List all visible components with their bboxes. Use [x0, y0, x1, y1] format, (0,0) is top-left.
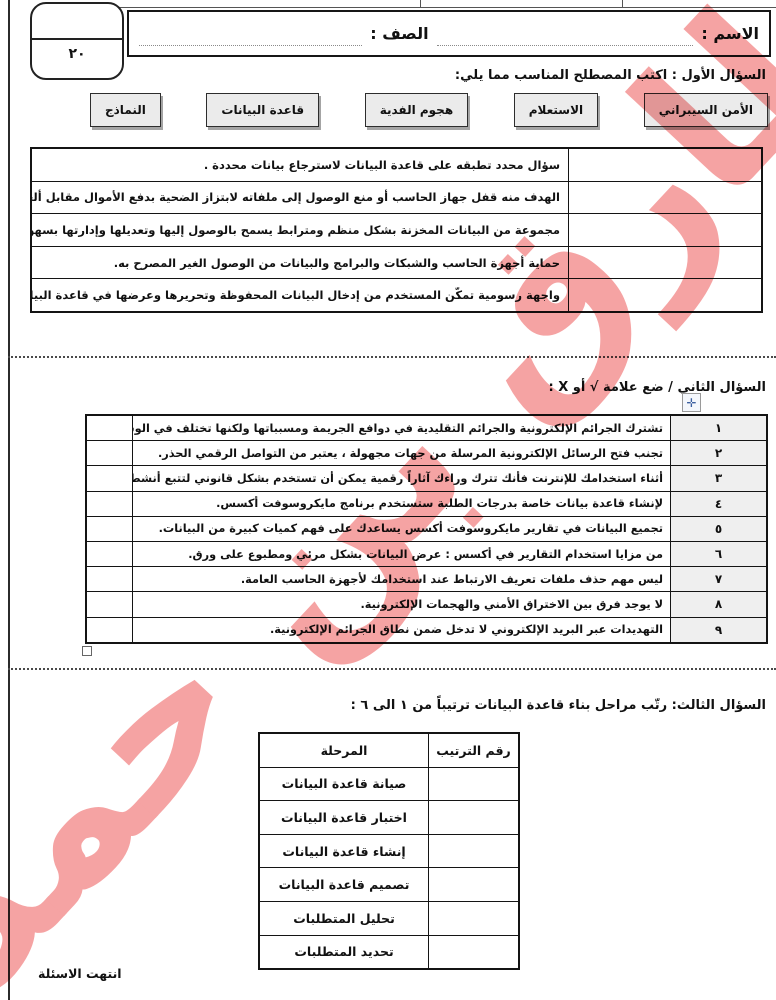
q1-title: السؤال الأول : اكتب المصطلح المناسب مما …: [455, 68, 766, 83]
q1-table: سؤال محدد تطبقه على قاعدة البيانات لاستر…: [30, 147, 763, 313]
q3-table: رقم الترتيب المرحلة صيانة قاعدة البيانات…: [258, 732, 520, 970]
term-box-query: الاستعلام: [514, 93, 598, 127]
term-box-ransomware: هجوم الفدية: [365, 93, 468, 127]
q2-statement: ليس مهم حذف ملفات تعريف الارتباط عند است…: [133, 567, 670, 591]
name-input-line[interactable]: [437, 31, 694, 46]
q3-order-cell[interactable]: [428, 801, 518, 834]
section-separator: [8, 356, 776, 358]
table-row: الهدف منه قفل جهاز الحاسب أو منع الوصول …: [32, 181, 761, 214]
table-row: ٨ لا يوجد فرق بين الاختراق الأمني والهجم…: [87, 591, 766, 616]
table-row: تحديد المتطلبات: [260, 935, 518, 969]
q2-title: السؤال الثاني / ضع علامة √ أو X :: [548, 380, 766, 395]
q1-statement: سؤال محدد تطبقه على قاعدة البيانات لاستر…: [32, 149, 568, 181]
q2-answer-cell[interactable]: [87, 542, 133, 566]
q2-answer-cell[interactable]: [87, 618, 133, 642]
q2-answer-cell[interactable]: [87, 416, 133, 440]
table-row: ٢ تجنب فتح الرسائل الإلكترونية المرسلة م…: [87, 440, 766, 465]
q3-order-cell[interactable]: [428, 835, 518, 868]
exam-worksheet-page: ٢٠ الاسم : الصف : السؤال الأول : اكتب ال…: [0, 0, 776, 1000]
q2-answer-cell[interactable]: [87, 517, 133, 541]
table-row: ٣ أثناء استخدامك للإنترنت فأنك تترك وراء…: [87, 465, 766, 490]
q1-statement: حماية أجهزة الحاسب والشبكات والبرامج وال…: [32, 247, 568, 279]
term-box-cybersecurity: الأمن السيبراني: [644, 93, 768, 127]
table-row: ٧ ليس مهم حذف ملفات تعريف الارتباط عند ا…: [87, 566, 766, 591]
q2-statement: من مزايا استخدام التقارير في أكسس : عرض …: [133, 542, 670, 566]
term-box-forms: النماذج: [90, 93, 161, 127]
q1-statement: الهدف منه قفل جهاز الحاسب أو منع الوصول …: [32, 182, 568, 214]
q3-stage-header: المرحلة: [260, 734, 428, 767]
grade-box-divider: [32, 38, 122, 40]
q2-row-number: ٦: [670, 542, 766, 566]
q3-stage: تحليل المتطلبات: [260, 902, 428, 935]
q2-answer-cell[interactable]: [87, 492, 133, 516]
q2-statement: لا يوجد فرق بين الاختراق الأمني والهجمات…: [133, 592, 670, 616]
q3-stage: صيانة قاعدة البيانات: [260, 768, 428, 801]
q2-answer-cell[interactable]: [87, 466, 133, 490]
table-row: ٦ من مزايا استخدام التقارير في أكسس : عر…: [87, 541, 766, 566]
q3-title: السؤال الثالث: رتّب مراحل بناء قاعدة الب…: [351, 698, 766, 713]
q2-row-number: ١: [670, 416, 766, 440]
q2-answer-cell[interactable]: [87, 441, 133, 465]
q1-statement: واجهة رسومية تمكّن المستخدم من إدخال الب…: [32, 279, 568, 311]
table-move-handle-icon[interactable]: ✛: [682, 393, 701, 412]
table-row: تصميم قاعدة البيانات: [260, 867, 518, 901]
table-row: مجموعة من البيانات المخزنة بشكل منظم ومت…: [32, 213, 761, 246]
q2-statement: تجنب فتح الرسائل الإلكترونية المرسلة من …: [133, 441, 670, 465]
q2-table: ١ تشترك الجرائم الإلكترونية والجرائم الت…: [85, 414, 768, 644]
table-row: ٤ لإنشاء قاعدة بيانات خاصة بدرجات الطلبة…: [87, 491, 766, 516]
term-box-database: قاعدة البيانات: [206, 93, 319, 127]
q2-row-number: ٨: [670, 592, 766, 616]
class-input-line[interactable]: [139, 31, 362, 46]
q3-stage: تحديد المتطلبات: [260, 936, 428, 969]
table-row: سؤال محدد تطبقه على قاعدة البيانات لاستر…: [32, 149, 761, 181]
q3-order-header: رقم الترتيب: [428, 734, 518, 767]
q2-row-number: ٣: [670, 466, 766, 490]
page-left-border: [8, 0, 10, 1000]
q2-statement: لإنشاء قاعدة بيانات خاصة بدرجات الطلبة س…: [133, 492, 670, 516]
q1-answer-cell[interactable]: [568, 279, 761, 311]
q2-row-number: ٢: [670, 441, 766, 465]
q2-statement: أثناء استخدامك للإنترنت فأنك تترك وراءك …: [133, 466, 670, 490]
top-partial-table-line: [96, 7, 776, 8]
q3-header-row: رقم الترتيب المرحلة: [260, 734, 518, 767]
q2-statement: تجميع البيانات في تقارير مايكروسوفت أكسس…: [133, 517, 670, 541]
q1-term-bank: الأمن السيبراني الاستعلام هجوم الفدية قا…: [90, 93, 768, 127]
table-row: ٥ تجميع البيانات في تقارير مايكروسوفت أك…: [87, 516, 766, 541]
q3-stage: تصميم قاعدة البيانات: [260, 868, 428, 901]
table-row: ١ تشترك الجرائم الإلكترونية والجرائم الت…: [87, 416, 766, 440]
top-partial-table-divider: [622, 0, 623, 7]
q2-statement: التهديدات عبر البريد الإلكتروني لا تدخل …: [133, 618, 670, 642]
grade-total: ٢٠: [32, 46, 122, 62]
q1-answer-cell[interactable]: [568, 182, 761, 214]
q3-order-cell[interactable]: [428, 868, 518, 901]
q2-answer-cell[interactable]: [87, 592, 133, 616]
grade-box: ٢٠: [30, 2, 124, 80]
q2-row-number: ٩: [670, 618, 766, 642]
q3-stage: اختبار قاعدة البيانات: [260, 801, 428, 834]
table-row: اختبار قاعدة البيانات: [260, 800, 518, 834]
name-class-bar: الاسم : الصف :: [127, 10, 771, 57]
table-row: واجهة رسومية تمكّن المستخدم من إدخال الب…: [32, 278, 761, 311]
table-row: تحليل المتطلبات: [260, 901, 518, 935]
q3-order-cell[interactable]: [428, 768, 518, 801]
q3-stage: إنشاء قاعدة البيانات: [260, 835, 428, 868]
q1-answer-cell[interactable]: [568, 214, 761, 246]
q2-row-number: ٧: [670, 567, 766, 591]
q2-row-number: ٤: [670, 492, 766, 516]
end-of-questions-note: انتهت الاسئلة: [38, 966, 122, 981]
section-separator: [8, 668, 776, 670]
table-row: إنشاء قاعدة البيانات: [260, 834, 518, 868]
name-label: الاسم :: [701, 24, 759, 43]
table-row: ٩ التهديدات عبر البريد الإلكتروني لا تدخ…: [87, 617, 766, 642]
q1-answer-cell[interactable]: [568, 149, 761, 181]
class-label: الصف :: [370, 24, 428, 43]
top-partial-table-divider: [420, 0, 421, 7]
q2-answer-cell[interactable]: [87, 567, 133, 591]
q1-statement: مجموعة من البيانات المخزنة بشكل منظم ومت…: [32, 214, 568, 246]
q1-answer-cell[interactable]: [568, 247, 761, 279]
q2-statement: تشترك الجرائم الإلكترونية والجرائم التقل…: [133, 416, 670, 440]
q3-order-cell[interactable]: [428, 902, 518, 935]
q3-order-cell[interactable]: [428, 936, 518, 969]
table-row: صيانة قاعدة البيانات: [260, 767, 518, 801]
table-resize-handle[interactable]: [82, 646, 92, 656]
q2-row-number: ٥: [670, 517, 766, 541]
table-row: حماية أجهزة الحاسب والشبكات والبرامج وال…: [32, 246, 761, 279]
